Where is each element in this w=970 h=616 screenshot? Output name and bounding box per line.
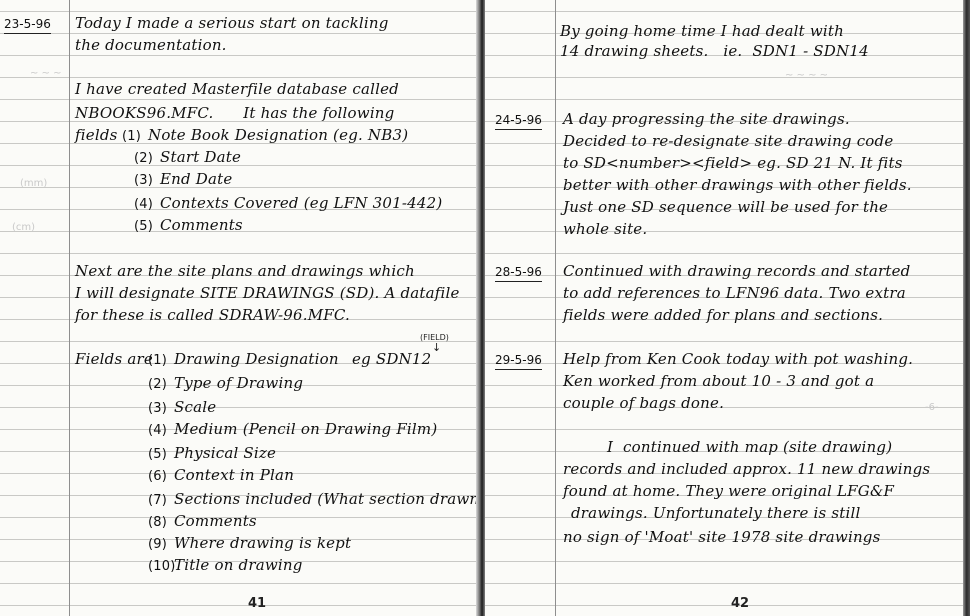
paragraph-line: records and included approx. 11 new draw… <box>563 458 930 480</box>
margin-line <box>555 0 556 616</box>
drawing-fields-intro: Fields are <box>75 348 153 370</box>
field-item: (2)Start Date <box>134 146 241 170</box>
field-text: Where drawing is kept <box>174 534 351 552</box>
page-edge <box>963 0 970 616</box>
notebook-spread: ~ ~ ~ (mm) (cm) 23-5-96 Today I made a s… <box>0 0 970 616</box>
field-text: Sections included (What section drawn) <box>174 490 478 508</box>
field-item: (1)Note Book Designation (eg. NB3) <box>122 124 408 148</box>
paragraph-line: I continued with map (site drawing) <box>607 436 892 458</box>
entry-date: 29-5-96 <box>495 352 542 370</box>
masterfile-line: I have created Masterfile database calle… <box>75 78 399 100</box>
field-item: (3)End Date <box>134 168 232 192</box>
field-item: (7)Sections included (What section drawn… <box>148 488 478 512</box>
continuation-line: 14 drawing sheets. ie. SDN1 - SDN14 <box>560 40 869 62</box>
field-item: (9)Where drawing is kept <box>148 532 351 556</box>
field-item: (8)Comments <box>148 510 257 534</box>
entry-line: to SD<number><field> eg. SD 21 N. It fit… <box>563 152 903 174</box>
drawing-example: eg SDN12 <box>352 348 431 370</box>
field-item: (4)Contexts Covered (eg LFN 301-442) <box>134 192 442 216</box>
entry-line: Today I made a serious start on tackling <box>75 12 389 34</box>
field-text: Physical Size <box>174 444 276 462</box>
paragraph-line: drawings. Unfortunately there is still <box>571 502 861 524</box>
field-text: Context in Plan <box>174 466 294 484</box>
field-text: Title on drawing <box>174 556 303 574</box>
field-text: Comments <box>174 512 257 530</box>
fields-intro: fields <box>75 124 118 146</box>
field-number: (1) <box>122 126 148 148</box>
field-text: Start Date <box>160 148 241 166</box>
site-drawings-line: for these is called SDRAW-96.MFC. <box>75 304 350 326</box>
field-text: Type of Drawing <box>174 374 303 392</box>
masterfile-line: NBOOKS96.MFC. It has the following <box>75 102 394 124</box>
field-item: (5)Comments <box>134 214 243 238</box>
field-number: (6) <box>148 466 174 488</box>
entry-line: Just one SD sequence will be used for th… <box>563 196 888 218</box>
field-number: (9) <box>148 534 174 556</box>
field-number: (2) <box>134 148 160 170</box>
field-number: (4) <box>148 420 174 442</box>
field-item: (6)Context in Plan <box>148 464 294 488</box>
field-number: (5) <box>148 444 174 466</box>
bleed-through-text: (mm) <box>20 178 47 189</box>
continuation-line: By going home time I had dealt with <box>560 20 844 42</box>
right-page: ~ ~ ~ ~ -6- By going home time I had dea… <box>485 0 965 616</box>
page-number: 41 <box>248 596 266 611</box>
field-text: Medium (Pencil on Drawing Film) <box>174 420 437 438</box>
entry-line: Help from Ken Cook today with pot washin… <box>563 348 913 370</box>
field-item: (5)Physical Size <box>148 442 276 466</box>
field-item: (3)Scale <box>148 396 216 420</box>
field-number: (2) <box>148 374 174 396</box>
field-number: (8) <box>148 512 174 534</box>
entry-line: Decided to re-designate site drawing cod… <box>563 130 893 152</box>
field-number: (7) <box>148 490 174 512</box>
field-text: Note Book Designation (eg. NB3) <box>148 126 408 144</box>
field-number: (4) <box>134 194 160 216</box>
margin-line <box>69 0 70 616</box>
entry-line: Continued with drawing records and start… <box>563 260 910 282</box>
entry-line: the documentation. <box>75 34 227 56</box>
field-number: (1) <box>148 350 174 372</box>
down-arrow-icon: ↓ <box>432 341 441 354</box>
field-number: (3) <box>148 398 174 420</box>
site-drawings-line: Next are the site plans and drawings whi… <box>75 260 415 282</box>
entry-line: to add references to LFN96 data. Two ext… <box>563 282 906 304</box>
entry-date: 28-5-96 <box>495 264 542 282</box>
field-text: End Date <box>160 170 232 188</box>
field-item: (10)Title on drawing <box>148 554 303 578</box>
bleed-through-text: ~ ~ ~ <box>30 68 62 79</box>
field-number: (10) <box>148 556 174 578</box>
entry-line: couple of bags done. <box>563 392 724 414</box>
paragraph-line: no sign of 'Moat' site 1978 site drawing… <box>563 526 881 548</box>
paragraph-line: found at home. They were original LFG&F <box>563 480 894 502</box>
entry-line: fields were added for plans and sections… <box>563 304 883 326</box>
field-number: (3) <box>134 170 160 192</box>
entry-line: A day progressing the site drawings. <box>563 108 850 130</box>
field-text: Scale <box>174 398 216 416</box>
field-number: (5) <box>134 216 160 238</box>
field-item: (1)Drawing Designation <box>148 348 339 372</box>
bleed-through-text: ~ ~ ~ ~ <box>785 70 828 81</box>
bleed-through-text: -6- <box>925 402 939 413</box>
entry-date: 24-5-96 <box>495 112 542 130</box>
field-text: Comments <box>160 216 243 234</box>
field-text: Contexts Covered (eg LFN 301-442) <box>160 194 442 212</box>
field-item: (2)Type of Drawing <box>148 372 303 396</box>
entry-line: whole site. <box>563 218 647 240</box>
entry-line: Ken worked from about 10 - 3 and got a <box>563 370 874 392</box>
field-text: Drawing Designation <box>174 350 339 368</box>
field-item: (4)Medium (Pencil on Drawing Film) <box>148 418 437 442</box>
bleed-through-text: (cm) <box>12 222 35 233</box>
site-drawings-line: I will designate SITE DRAWINGS (SD). A d… <box>75 282 460 304</box>
left-page: ~ ~ ~ (mm) (cm) 23-5-96 Today I made a s… <box>0 0 478 616</box>
entry-date: 23-5-96 <box>4 16 51 34</box>
entry-line: better with other drawings with other fi… <box>563 174 912 196</box>
page-number: 42 <box>731 596 749 611</box>
